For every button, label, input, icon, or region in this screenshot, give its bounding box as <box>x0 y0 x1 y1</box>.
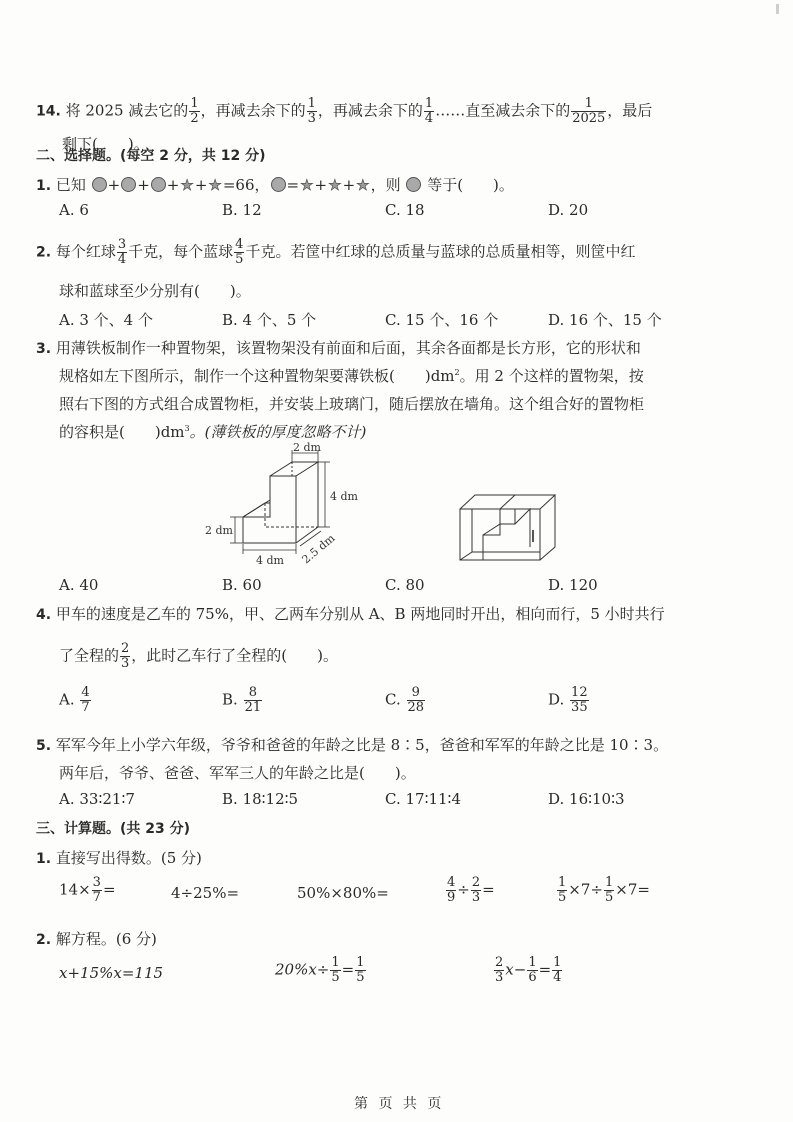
circle-symbol-icon <box>92 177 107 192</box>
text: 等于( )。 <box>427 176 514 194</box>
choice-question-5-line2: 两年后，爷爷、爸爸、军军三人的年龄之比是( )。 <box>59 762 416 783</box>
choice-question-4-line1: 4. 甲车的速度是乙车的 75%，甲、乙两车分别从 A、B 两地同时开出，相向而… <box>36 603 665 624</box>
fraction: 14 <box>424 97 434 126</box>
option-b[interactable]: B. 12 <box>222 201 262 219</box>
circle-symbol-icon <box>271 177 286 192</box>
option-b[interactable]: B. 821 <box>222 686 263 715</box>
option-d[interactable]: D. 1235 <box>548 686 590 715</box>
circle-symbol-icon <box>121 177 136 192</box>
choice-question-3-line4: 的容积是( )dm3。(薄铁板的厚度忽略不计) <box>59 421 366 442</box>
equation-1: x+15%x=115 <box>59 964 163 982</box>
fraction: 23 <box>120 642 130 671</box>
text: ，再减去余下的 <box>201 102 306 120</box>
option-b[interactable]: B. 4 个、5 个 <box>222 309 316 330</box>
choice-question-3-line3: 照右下图的方式组合成置物柜，并安装上玻璃门，随后摆放在墙角。这个组合好的置物柜 <box>59 393 644 414</box>
option-c[interactable]: C. 15 个、16 个 <box>385 309 498 330</box>
option-d[interactable]: D. 16∶10∶3 <box>548 790 625 808</box>
option-c[interactable]: C. 17∶11∶4 <box>385 790 461 808</box>
equation-3: 23x−16=14 <box>493 956 563 985</box>
choice-question-1: 1. 已知 +++★+★=66，=★+★+★，则 等于( )。 <box>36 174 514 195</box>
scan-mark <box>776 4 779 14</box>
circle-symbol-icon <box>151 177 166 192</box>
question-number: 1. <box>36 851 51 867</box>
text: 将 2025 减去它的 <box>66 102 189 120</box>
choice-question-2-line1: 2. 每个红球34千克，每个蓝球45千克。若筐中红球的总质量与蓝球的总质量相等，… <box>36 238 635 267</box>
star-symbol-icon: ★ <box>300 176 313 194</box>
svg-text:4 dm: 4 dm <box>330 490 359 503</box>
section-3-heading: 三、计算题。(共 23 分) <box>36 818 190 838</box>
question-number: 3. <box>36 341 51 357</box>
star-symbol-icon: ★ <box>180 176 193 194</box>
calc-item-3: 50%×80%= <box>297 884 389 902</box>
option-a[interactable]: A. 40 <box>59 576 98 594</box>
option-a[interactable]: A. 6 <box>59 201 89 219</box>
choice-question-3-line2: 规格如左下图所示，制作一个这种置物架要薄铁板( )dm2。用 2 个这样的置物架… <box>59 365 644 386</box>
question-number: 14. <box>36 104 61 120</box>
cabinet-diagram <box>455 492 565 564</box>
text: 已知 <box>56 176 86 194</box>
option-d[interactable]: D. 120 <box>548 576 598 594</box>
text: ，再减去余下的 <box>318 102 423 120</box>
choice-question-3-line1: 3. 用薄铁板制作一种置物架，该置物架没有前面和后面，其余各面都是长方形，它的形… <box>36 337 641 358</box>
question-number: 2. <box>36 932 51 948</box>
svg-text:2 dm: 2 dm <box>293 441 322 454</box>
question-14-line1: 14. 将 2025 减去它的12，再减去余下的13，再减去余下的14……直至减… <box>36 97 652 126</box>
star-symbol-icon: ★ <box>328 176 341 194</box>
fraction: 34 <box>117 238 127 267</box>
calc-question-2-title: 2. 解方程。(6 分) <box>36 928 157 949</box>
choice-question-5-line1: 5. 军军今年上小学六年级，爷爷和爸爸的年龄之比是 8∶5，爸爸和军军的年龄之比… <box>36 734 668 755</box>
calc-item-2: 4÷25%= <box>171 884 239 902</box>
choice-question-4-line2: 了全程的23，此时乙车行了全程的( )。 <box>59 642 338 671</box>
choice-question-2-line2: 球和蓝球至少分别有( )。 <box>59 280 251 301</box>
svg-text:2 dm: 2 dm <box>205 524 234 537</box>
option-c[interactable]: C. 80 <box>385 576 425 594</box>
shelf-diagram: 2 dm 4 dm 2 dm 4 dm 2.5 dm <box>190 440 390 575</box>
section-2-heading: 二、选择题。(每空 2 分，共 12 分) <box>36 145 266 165</box>
option-a[interactable]: A. 3 个、4 个 <box>59 309 153 330</box>
calc-question-1-title: 1. 直接写出得数。(5 分) <box>36 847 202 868</box>
option-a[interactable]: A. 47 <box>59 686 92 715</box>
text: ，最后 <box>607 102 652 120</box>
option-d[interactable]: D. 20 <box>548 201 588 219</box>
equation-2: 20%x÷15=15 <box>275 956 367 985</box>
text: ……直至减去余下的 <box>435 102 570 120</box>
option-b[interactable]: B. 18∶12∶5 <box>222 790 298 808</box>
question-number: 5. <box>36 738 51 754</box>
circle-symbol-icon <box>406 177 421 192</box>
question-number: 2. <box>36 245 51 261</box>
svg-text:4 dm: 4 dm <box>256 554 285 567</box>
option-a[interactable]: A. 33∶21∶7 <box>59 790 135 808</box>
option-c[interactable]: C. 18 <box>385 201 425 219</box>
calc-item-5: 15×7÷15×7= <box>556 876 650 905</box>
page-footer: 第 页 共 页 <box>354 1093 441 1113</box>
option-b[interactable]: B. 60 <box>222 576 262 594</box>
star-symbol-icon: ★ <box>356 176 369 194</box>
fraction: 12025 <box>571 97 606 126</box>
option-d[interactable]: D. 16 个、15 个 <box>548 309 662 330</box>
fraction: 45 <box>234 238 244 267</box>
fraction: 12 <box>189 97 199 126</box>
question-number: 4. <box>36 607 51 623</box>
calc-item-4: 49÷23= <box>445 876 495 905</box>
option-c[interactable]: C. 928 <box>385 686 426 715</box>
fraction: 13 <box>307 97 317 126</box>
question-number: 1. <box>36 178 51 194</box>
star-symbol-icon: ★ <box>208 176 221 194</box>
calc-item-1: 14×37= <box>59 876 116 905</box>
